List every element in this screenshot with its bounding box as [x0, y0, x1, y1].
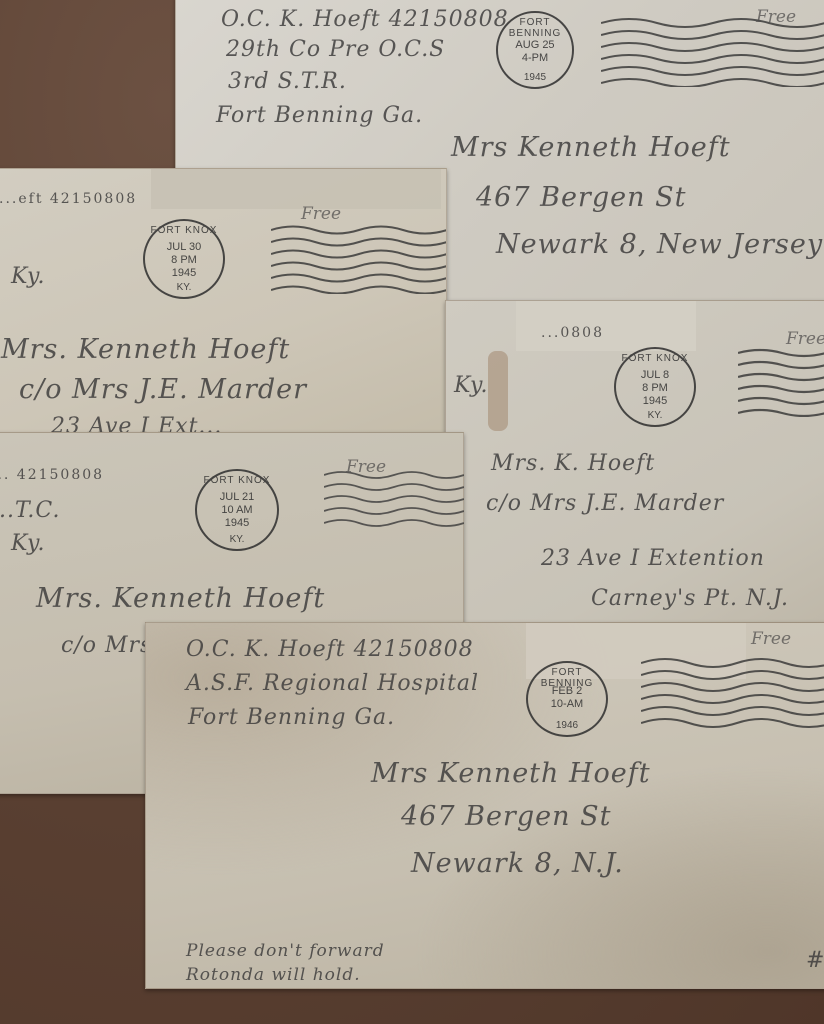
postmark-state: KY. — [616, 410, 694, 421]
postmark-date: FEB 2 — [528, 685, 606, 697]
recipient-line: Newark 8, N.J. — [411, 848, 624, 879]
cancellation-wave-lines — [738, 347, 824, 417]
return-address-line: A.S.F. Regional Hospital — [186, 671, 479, 696]
return-address-line: ...eft 42150808 — [0, 191, 137, 207]
postmark: FORT KNOX JUL 8 8 PM 1945 KY. — [614, 347, 696, 427]
recipient-line: Mrs Kenneth Hoeft — [371, 758, 651, 789]
postmark-time: 8 PM — [145, 254, 223, 266]
postmark-year: 1946 — [528, 720, 606, 731]
postmark-time: 8 PM — [616, 382, 694, 394]
postmark-date: JUL 21 — [197, 491, 277, 503]
cancellation-wave-lines — [324, 469, 464, 535]
postmark-city: FORT KNOX — [145, 225, 223, 236]
recipient-line: 23 Ave I Extention — [541, 546, 765, 571]
return-address-line: Ky. — [454, 373, 489, 398]
return-address-line: Ky. — [11, 264, 46, 289]
postmark-time: 10-AM — [528, 698, 606, 710]
postmark: FORT BENNING FEB 2 10-AM 1946 — [526, 661, 608, 737]
recipient-line: Mrs. K. Hoeft — [491, 451, 655, 476]
recipient-line: 467 Bergen St — [401, 801, 611, 832]
free-frank-mark: Free — [786, 329, 824, 349]
envelope-middle-right: ...0808 Ky. FORT KNOX JUL 8 8 PM 1945 KY… — [445, 300, 824, 632]
envelope-middle-left: ...eft 42150808 Ky. FORT KNOX JUL 30 8 P… — [0, 168, 447, 440]
return-address-line: O.C. K. Hoeft 42150808 — [221, 7, 509, 32]
return-address-line: 29th Co Pre O.C.S — [226, 37, 445, 62]
recipient-line: c/o Mrs J.E. Marder — [486, 491, 724, 516]
postmark-time: 10 AM — [197, 504, 277, 516]
recipient-line: Mrs. Kenneth Hoeft — [36, 583, 325, 614]
return-address-line: ... 42150808 — [0, 467, 104, 483]
free-frank-mark: Free — [751, 629, 791, 649]
cancellation-wave-lines — [271, 224, 446, 294]
recipient-line: Mrs. Kenneth Hoeft — [1, 334, 290, 365]
recipient-line: 467 Bergen St — [476, 182, 686, 213]
postmark: FORT KNOX JUL 30 8 PM 1945 KY. — [143, 219, 225, 299]
return-address-line: Fort Benning Ga. — [216, 103, 423, 128]
postmark-time: 4-PM — [498, 52, 572, 64]
recipient-line: Newark 8, New Jersey — [496, 229, 823, 260]
postmark-year: 1945 — [145, 267, 223, 279]
return-address-line: Ky. — [11, 531, 46, 556]
postmark: FORT BENNING AUG 25 4-PM 1945 — [496, 11, 574, 89]
postmark: FORT KNOX JUL 21 10 AM 1945 KY. — [195, 469, 279, 551]
postmark-city: FORT KNOX — [197, 475, 277, 486]
free-frank-mark: Free — [301, 204, 341, 224]
return-address-line: 3rd S.T.R. — [228, 69, 347, 94]
postmark-date: JUL 30 — [145, 241, 223, 253]
free-frank-mark: Free — [756, 7, 796, 27]
postmark-year: 1945 — [498, 72, 572, 83]
handwritten-note: Please don't forward — [186, 941, 385, 961]
postmark-year: 1945 — [197, 517, 277, 529]
torn-flap — [151, 169, 441, 209]
recipient-line: Carney's Pt. N.J. — [591, 586, 789, 611]
recipient-line: c/o Mrs J.E. Marder — [19, 374, 307, 405]
postmark-state: KY. — [145, 282, 223, 293]
water-stain — [488, 351, 508, 431]
recipient-line: Mrs Kenneth Hoeft — [451, 132, 731, 163]
postmark-date: JUL 8 — [616, 369, 694, 381]
postmark-state: KY. — [197, 534, 277, 545]
cancellation-wave-lines — [641, 653, 824, 728]
return-address-line: O.C. K. Hoeft 42150808 — [186, 637, 474, 662]
return-address-line: Fort Benning Ga. — [188, 705, 395, 730]
free-frank-mark: Free — [346, 457, 386, 477]
return-address-line: ...0808 — [541, 325, 604, 341]
postmark-year: 1945 — [616, 395, 694, 407]
envelope-front: O.C. K. Hoeft 42150808 A.S.F. Regional H… — [145, 622, 824, 989]
postmark-date: AUG 25 — [498, 39, 572, 51]
handwritten-note: Rotonda will hold. — [186, 965, 361, 985]
corner-mark: # — [806, 948, 824, 973]
return-address-line: ...T.C. — [0, 498, 60, 523]
postmark-city: FORT KNOX — [616, 353, 694, 364]
postmark-city: FORT BENNING — [498, 17, 572, 39]
